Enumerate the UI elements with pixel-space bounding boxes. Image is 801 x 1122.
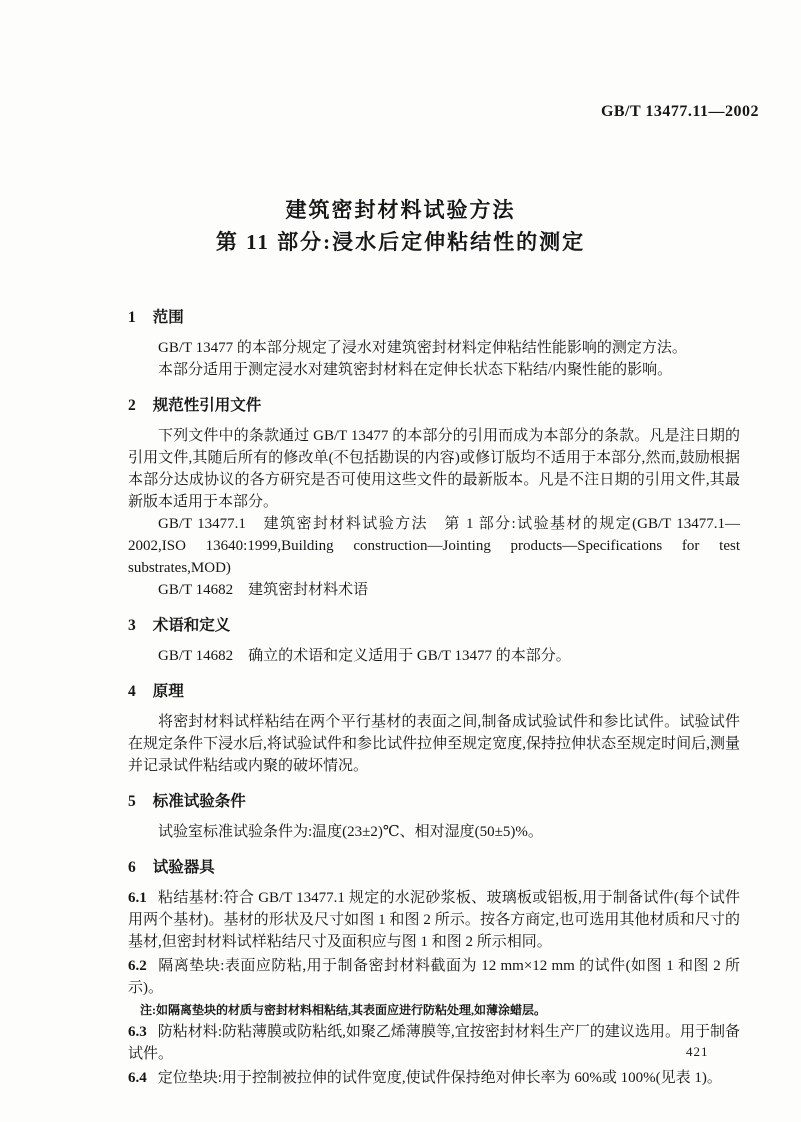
page-number: 421 xyxy=(686,1044,709,1060)
reference-item-2: GB/T 14682 建筑密封材料术语 xyxy=(128,579,740,601)
section-5-paragraph-1: 试验室标准试验条件为:温度(23±2)℃、相对湿度(50±5)%。 xyxy=(128,821,740,843)
section-heading-6: 6试验器具 xyxy=(128,857,740,879)
section-3-number: 3 xyxy=(128,617,136,634)
clause-6-4-number: 6.4 xyxy=(128,1070,147,1086)
clause-6-4-text: 定位垫块:用于控制被拉伸的试件宽度,使试件保持绝对伸长率为 60%或 100%(… xyxy=(158,1070,722,1086)
section-2-paragraph-1: 下列文件中的条款通过 GB/T 13477 的本部分的引用而成为本部分的条款。凡… xyxy=(128,425,740,513)
reference-item-1: GB/T 13477.1 建筑密封材料试验方法 第 1 部分:试验基材的规定(G… xyxy=(128,513,740,579)
section-3-paragraph-1: GB/T 14682 确立的术语和定义适用于 GB/T 13477 的本部分。 xyxy=(128,645,740,667)
clause-6-3-text: 防粘材料:防粘薄膜或防粘纸,如聚乙烯薄膜等,宜按密封材料生产厂的建议选用。用于制… xyxy=(128,1024,740,1062)
section-heading-4: 4原理 xyxy=(128,681,740,703)
clause-6-3: 6.3防粘材料:防粘薄膜或防粘纸,如聚乙烯薄膜等,宜按密封材料生产厂的建议选用。… xyxy=(128,1021,740,1065)
section-1-number: 1 xyxy=(128,309,136,326)
clause-6-4: 6.4定位垫块:用于控制被拉伸的试件宽度,使试件保持绝对伸长率为 60%或 10… xyxy=(128,1067,740,1089)
section-5-number: 5 xyxy=(128,793,136,810)
title-line-2: 第 11 部分:浸水后定伸粘结性的测定 xyxy=(0,226,801,258)
document-title: 建筑密封材料试验方法 第 11 部分:浸水后定伸粘结性的测定 xyxy=(0,194,801,258)
standard-code: GB/T 13477.11—2002 xyxy=(601,103,759,121)
clause-6-1: 6.1粘结基材:符合 GB/T 13477.1 规定的水泥砂浆板、玻璃板或铝板,… xyxy=(128,887,740,953)
document-page: GB/T 13477.11—2002 建筑密封材料试验方法 第 11 部分:浸水… xyxy=(0,0,801,1122)
clause-6-2: 6.2隔离垫块:表面应防粘,用于制备密封材料截面为 12 mm×12 mm 的试… xyxy=(128,955,740,999)
section-5-title: 标准试验条件 xyxy=(153,793,246,810)
clause-6-3-number: 6.3 xyxy=(128,1024,147,1040)
section-2-number: 2 xyxy=(128,397,136,414)
section-3-title: 术语和定义 xyxy=(153,617,231,634)
section-heading-1: 1范围 xyxy=(128,307,740,329)
section-4-title: 原理 xyxy=(153,683,184,700)
section-2-title: 规范性引用文件 xyxy=(153,397,262,414)
clause-6-2-number: 6.2 xyxy=(128,958,147,974)
section-heading-5: 5标准试验条件 xyxy=(128,791,740,813)
clause-6-2-note: 注:如隔离垫块的材质与密封材料相粘结,其表面应进行防粘处理,如薄涂蜡层。 xyxy=(140,1001,740,1019)
section-heading-2: 2规范性引用文件 xyxy=(128,395,740,417)
section-1-paragraph-1: GB/T 13477 的本部分规定了浸水对建筑密封材料定伸粘结性能影响的测定方法… xyxy=(128,337,740,359)
document-body: 1范围 GB/T 13477 的本部分规定了浸水对建筑密封材料定伸粘结性能影响的… xyxy=(128,300,740,1089)
title-line-1: 建筑密封材料试验方法 xyxy=(0,194,801,226)
clause-6-1-text: 粘结基材:符合 GB/T 13477.1 规定的水泥砂浆板、玻璃板或铝板,用于制… xyxy=(128,890,740,950)
section-heading-3: 3术语和定义 xyxy=(128,615,740,637)
clause-6-1-number: 6.1 xyxy=(128,890,147,906)
section-6-number: 6 xyxy=(128,859,136,876)
section-4-paragraph-1: 将密封材料试样粘结在两个平行基材的表面之间,制备成试验试件和参比试件。试验试件在… xyxy=(128,711,740,777)
section-6-title: 试验器具 xyxy=(153,859,215,876)
section-4-number: 4 xyxy=(128,683,136,700)
section-1-title: 范围 xyxy=(153,309,184,326)
clause-6-2-text: 隔离垫块:表面应防粘,用于制备密封材料截面为 12 mm×12 mm 的试件(如… xyxy=(128,958,740,996)
section-1-paragraph-2: 本部分适用于测定浸水对建筑密封材料在定伸长状态下粘结/内聚性能的影响。 xyxy=(128,359,740,381)
